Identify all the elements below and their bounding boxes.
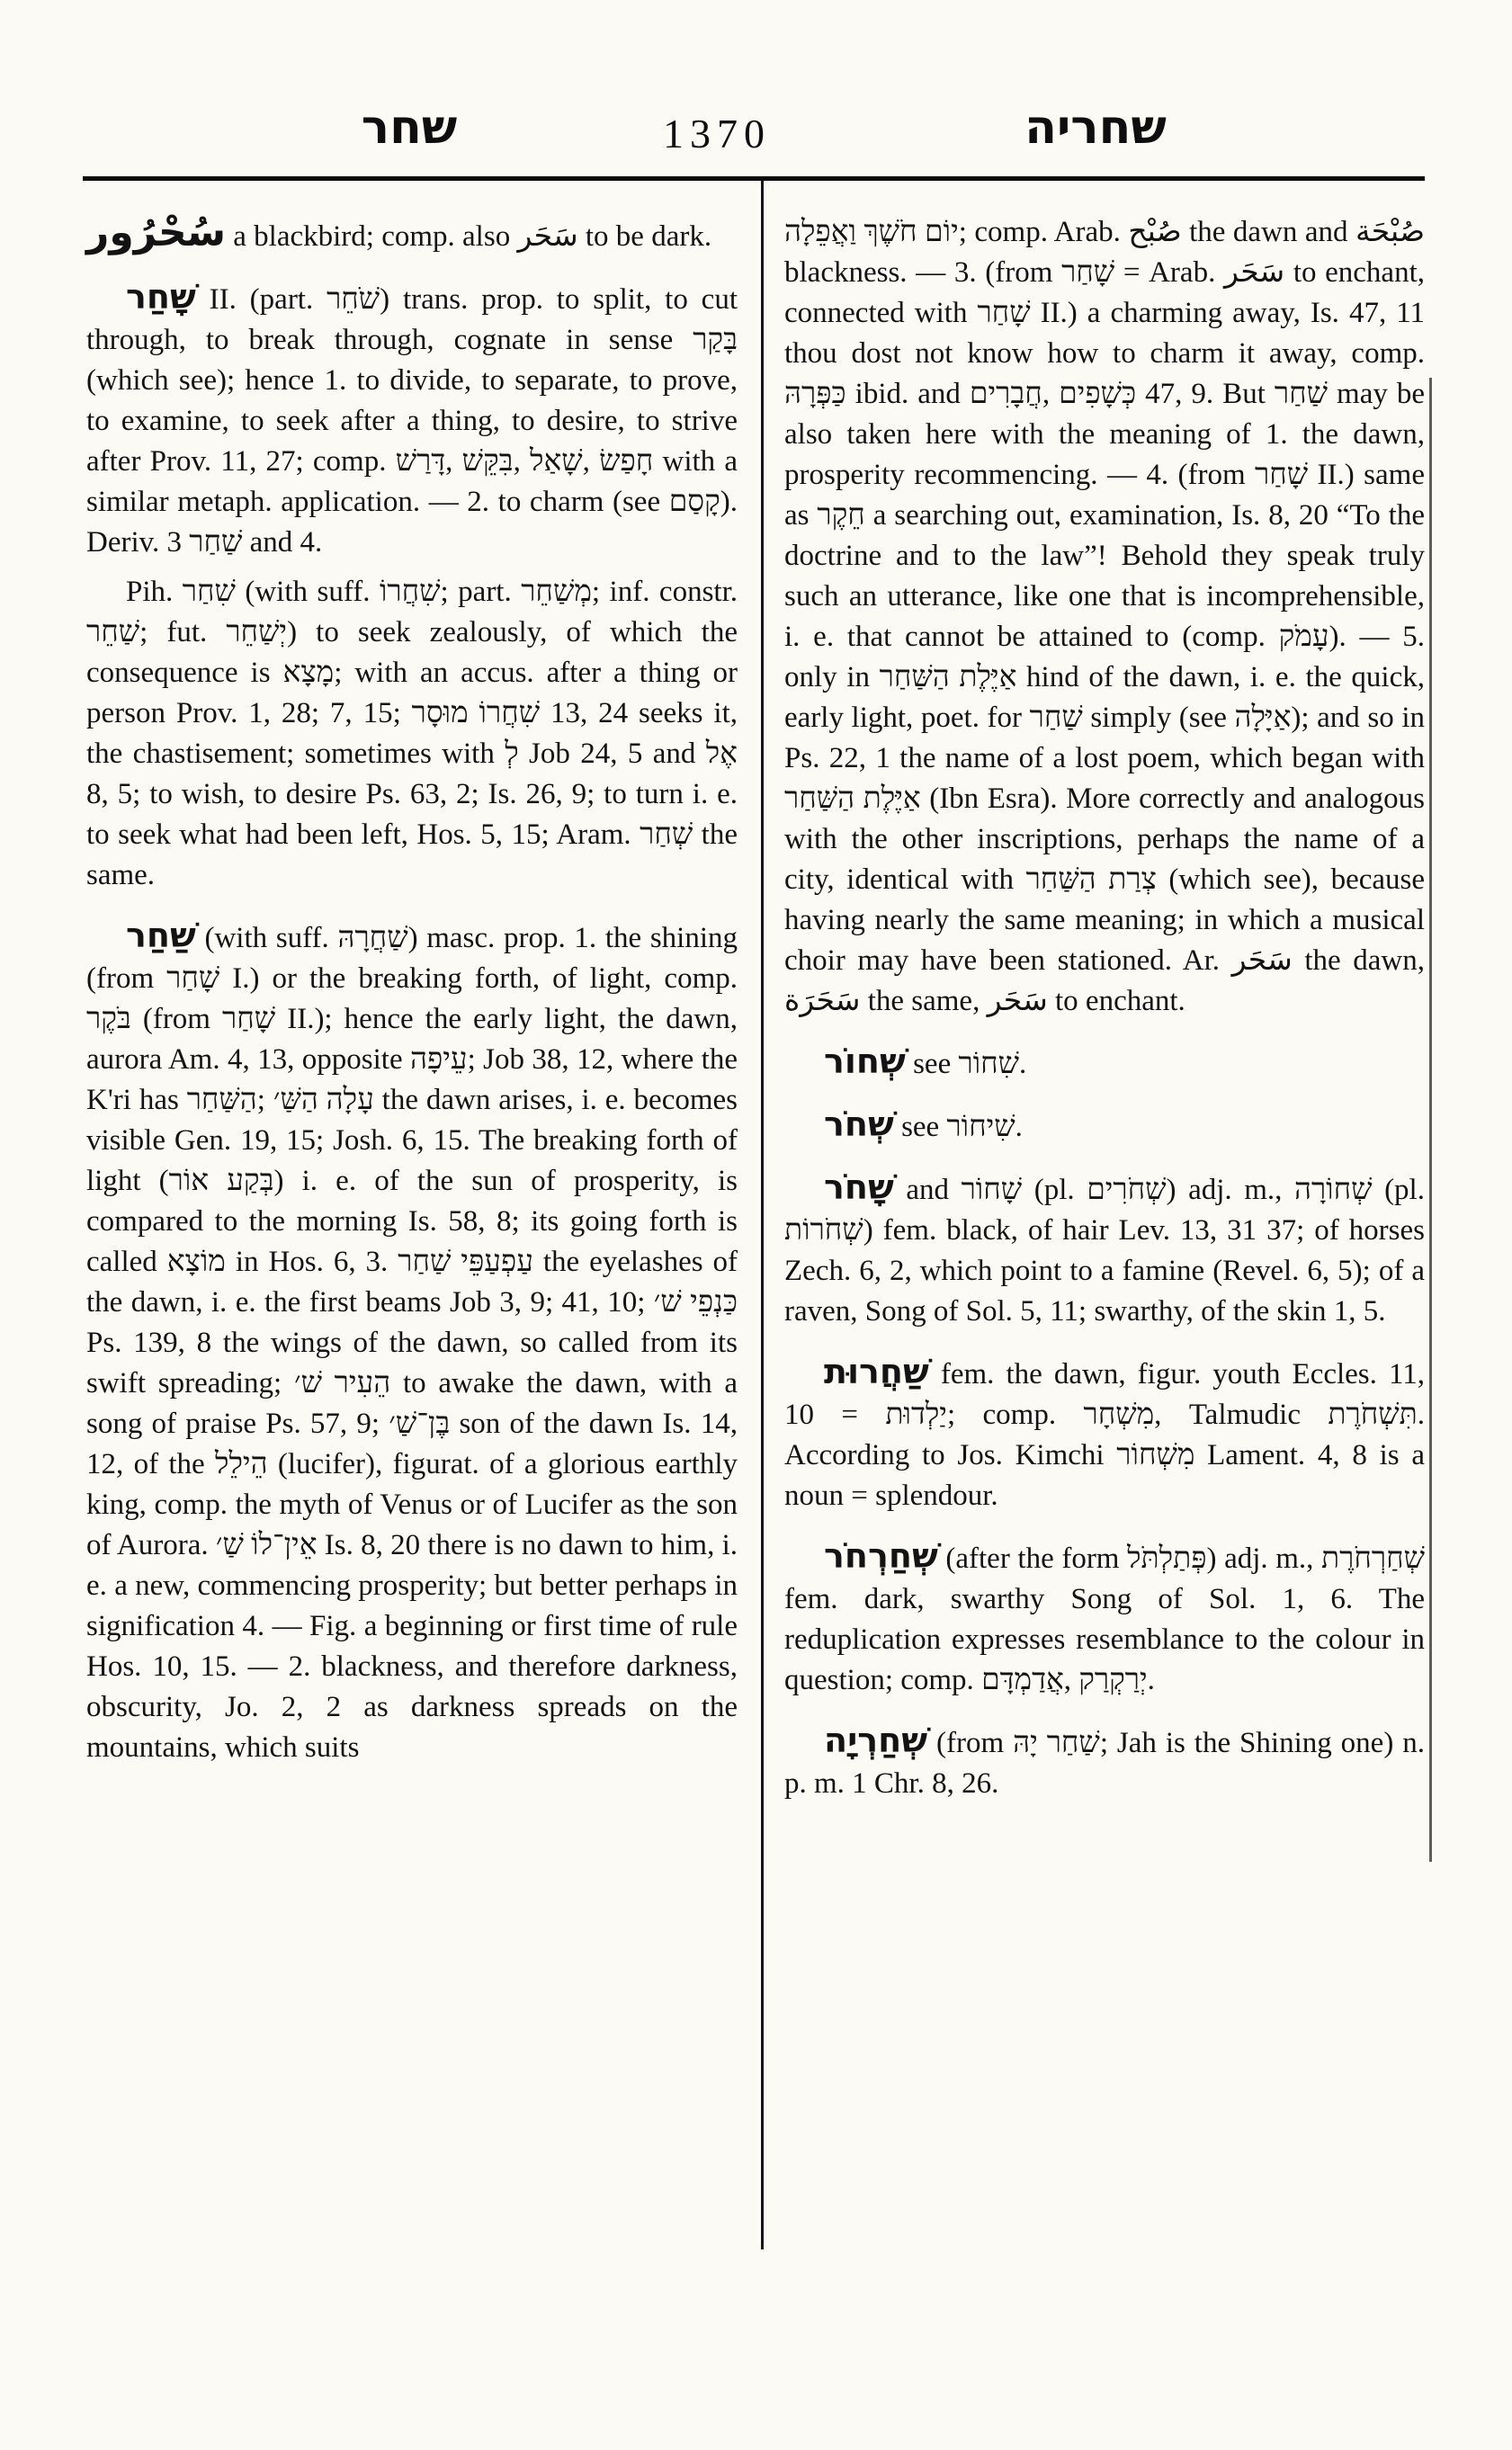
scan-edge-artifact: [1429, 378, 1432, 1862]
entry-paragraph-shachar-noun: שַׁחַר (with suff. שַׁחֲרָהּ) masc. prop…: [86, 916, 738, 1768]
hebrew-headword: שְׁחַרְיָה: [824, 1721, 927, 1760]
page-number: 1370: [663, 110, 771, 157]
entry-paragraph-shachar-II: שָׁחַר II. (part. שֹׁחֵר) trans. prop. t…: [86, 277, 738, 563]
hebrew-headword: שַׁחֲרוּת: [824, 1352, 929, 1391]
entry-paragraph-continuation: יוֹם חֹשֶׁךְ וַאֲפֵלָה‎; comp. Arab. صُب…: [784, 212, 1425, 1022]
hebrew-headword: שָׁחַר: [126, 277, 196, 317]
hebrew-headword: שְׁחוֹר: [824, 1042, 906, 1081]
left-column: سُحْرُور a blackbird; comp. also سَحَر t…: [86, 212, 738, 1768]
hebrew-headword: שָׁחֹר: [824, 1167, 894, 1207]
arabic-headword: سُحْرُور: [86, 210, 226, 255]
dictionary-page: שחר 1370 שחריה سُحْرُور a blackbird; com…: [0, 0, 1512, 2450]
entry-text: יוֹם חֹשֶׁךְ וַאֲפֵלָה‎; comp. Arab. صُب…: [784, 216, 1425, 1017]
entry-text: a blackbird; comp. also سَحَر to be dark…: [226, 220, 711, 253]
header-keyword-left: שחר: [362, 101, 457, 155]
entry-paragraph-pih: Pih. שִׁחַר (with suff. שִׁחֲרוֹ‎; part.…: [86, 572, 738, 896]
entry-paragraph-shacharuth: שַׁחֲרוּת fem. the dawn, figur. youth Ec…: [784, 1352, 1425, 1516]
header-rule: [83, 176, 1425, 181]
right-column: יוֹם חֹשֶׁךְ וַאֲפֵלָה‎; comp. Arab. صُب…: [784, 212, 1425, 1804]
entry-paragraph-shechor2-see: שְׁחֹר see שִׁיחוֹר.: [784, 1104, 1425, 1148]
entry-text: see שִׁחוֹר.: [906, 1048, 1026, 1080]
entry-text: II. (part. שֹׁחֵר) trans. prop. to split…: [86, 283, 738, 559]
hebrew-headword: שְׁחַרְחֹר: [824, 1536, 938, 1576]
entry-paragraph-blackbird: سُحْرُور a blackbird; comp. also سَحَر t…: [86, 212, 738, 257]
hebrew-headword: שְׁחֹר: [824, 1104, 894, 1144]
entry-text: see שִׁיחוֹר.: [894, 1111, 1023, 1143]
entry-paragraph-shecharchor: שְׁחַרְחֹר (after the form פְּתַלְתֹּל) …: [784, 1536, 1425, 1701]
column-divider-rule: [761, 181, 764, 2249]
entry-paragraph-shechor-see: שְׁחוֹר see שִׁחוֹר.: [784, 1042, 1425, 1085]
entry-text: (with suff. שַׁחֲרָהּ) masc. prop. 1. th…: [86, 922, 738, 1764]
header-keyword-right: שחריה: [1024, 101, 1167, 155]
entry-paragraph-shecharyah: שְׁחַרְיָה (from שַׁחַר יָהּ‎; Jah is th…: [784, 1721, 1425, 1804]
entry-paragraph-shachor-adj: שָׁחֹר and שָׁחוֹר (pl. שְׁחֹרִים) adj. …: [784, 1167, 1425, 1332]
hebrew-headword: שַׁחַר: [126, 916, 196, 955]
entry-text: Pih. שִׁחַר (with suff. שִׁחֲרוֹ‎; part.…: [86, 576, 738, 891]
